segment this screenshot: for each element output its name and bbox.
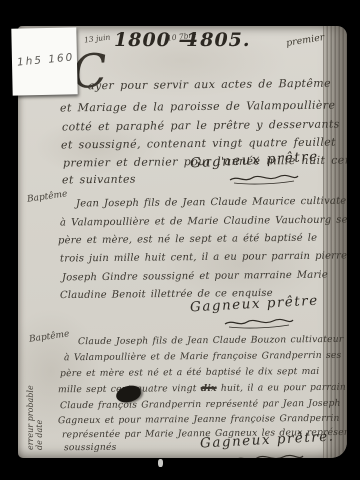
vertical-margin-note-line: de date — [35, 352, 44, 450]
intro-line: et Mariage de la paroisse de Valampoulli… — [60, 99, 335, 115]
book-fore-edge — [323, 26, 347, 458]
scanned-register-page: 13 juin 1800 — 10 7bre 1805. premier C a… — [0, 0, 360, 480]
intro-line: et suivantes — [62, 173, 136, 187]
record-line: Jean Joseph fils de Jean Claude Maurice … — [76, 196, 347, 210]
scan-artifact — [158, 459, 163, 467]
record-line-with-correction: mille sept cent quatre vingt dix huit, i… — [58, 382, 346, 396]
record-line: soussignés — [64, 442, 117, 453]
struck-word: dix — [201, 383, 217, 394]
archive-cote: 1h5 160 — [17, 51, 75, 68]
record-line: père et mère, est né le sept et a été ba… — [58, 233, 317, 247]
record-line: Gagneux et pour marraine Jeanne françois… — [58, 413, 340, 426]
margin-act-type: Baptême — [29, 329, 71, 345]
line-segment: huit, il a eu pour parrain — [217, 382, 346, 394]
signature-paraph-flourish — [223, 317, 295, 329]
record-line: Claude Joseph fils de Jean Claude Bouzon… — [78, 334, 344, 347]
archive-label-sticker: 1h5 160 — [11, 27, 77, 95]
header-end-year: 1805. — [186, 29, 251, 51]
record-line: à Valampoullière et de Marie Claudine Va… — [60, 214, 347, 228]
intro-line: ayer pour servir aux actes de Baptême — [88, 77, 331, 93]
record-line: Claude françois Grandperrin représenté p… — [60, 398, 341, 411]
priest-signature: Gagneux prêtre — [190, 149, 319, 172]
record-line: Joseph Gindre soussigné et pour marraine… — [62, 270, 328, 284]
folio-note: premier — [285, 32, 325, 49]
record-line: père et mère est né et a été baptisé le … — [60, 366, 319, 379]
signature-paraph-flourish — [228, 173, 300, 185]
margin-act-type: Baptême — [27, 189, 69, 205]
vertical-margin-note: erreur probable de date — [26, 352, 44, 450]
record-line: trois juin mille huit cent, il a eu pour… — [60, 250, 347, 264]
signature-paraph-flourish — [233, 454, 305, 458]
record-line: à Valampoullière et de Marie françoise G… — [64, 350, 342, 363]
vertical-margin-note-line: erreur probable — [26, 352, 35, 450]
intro-line: cotté et paraphé par le prêtre y desserv… — [62, 118, 340, 134]
